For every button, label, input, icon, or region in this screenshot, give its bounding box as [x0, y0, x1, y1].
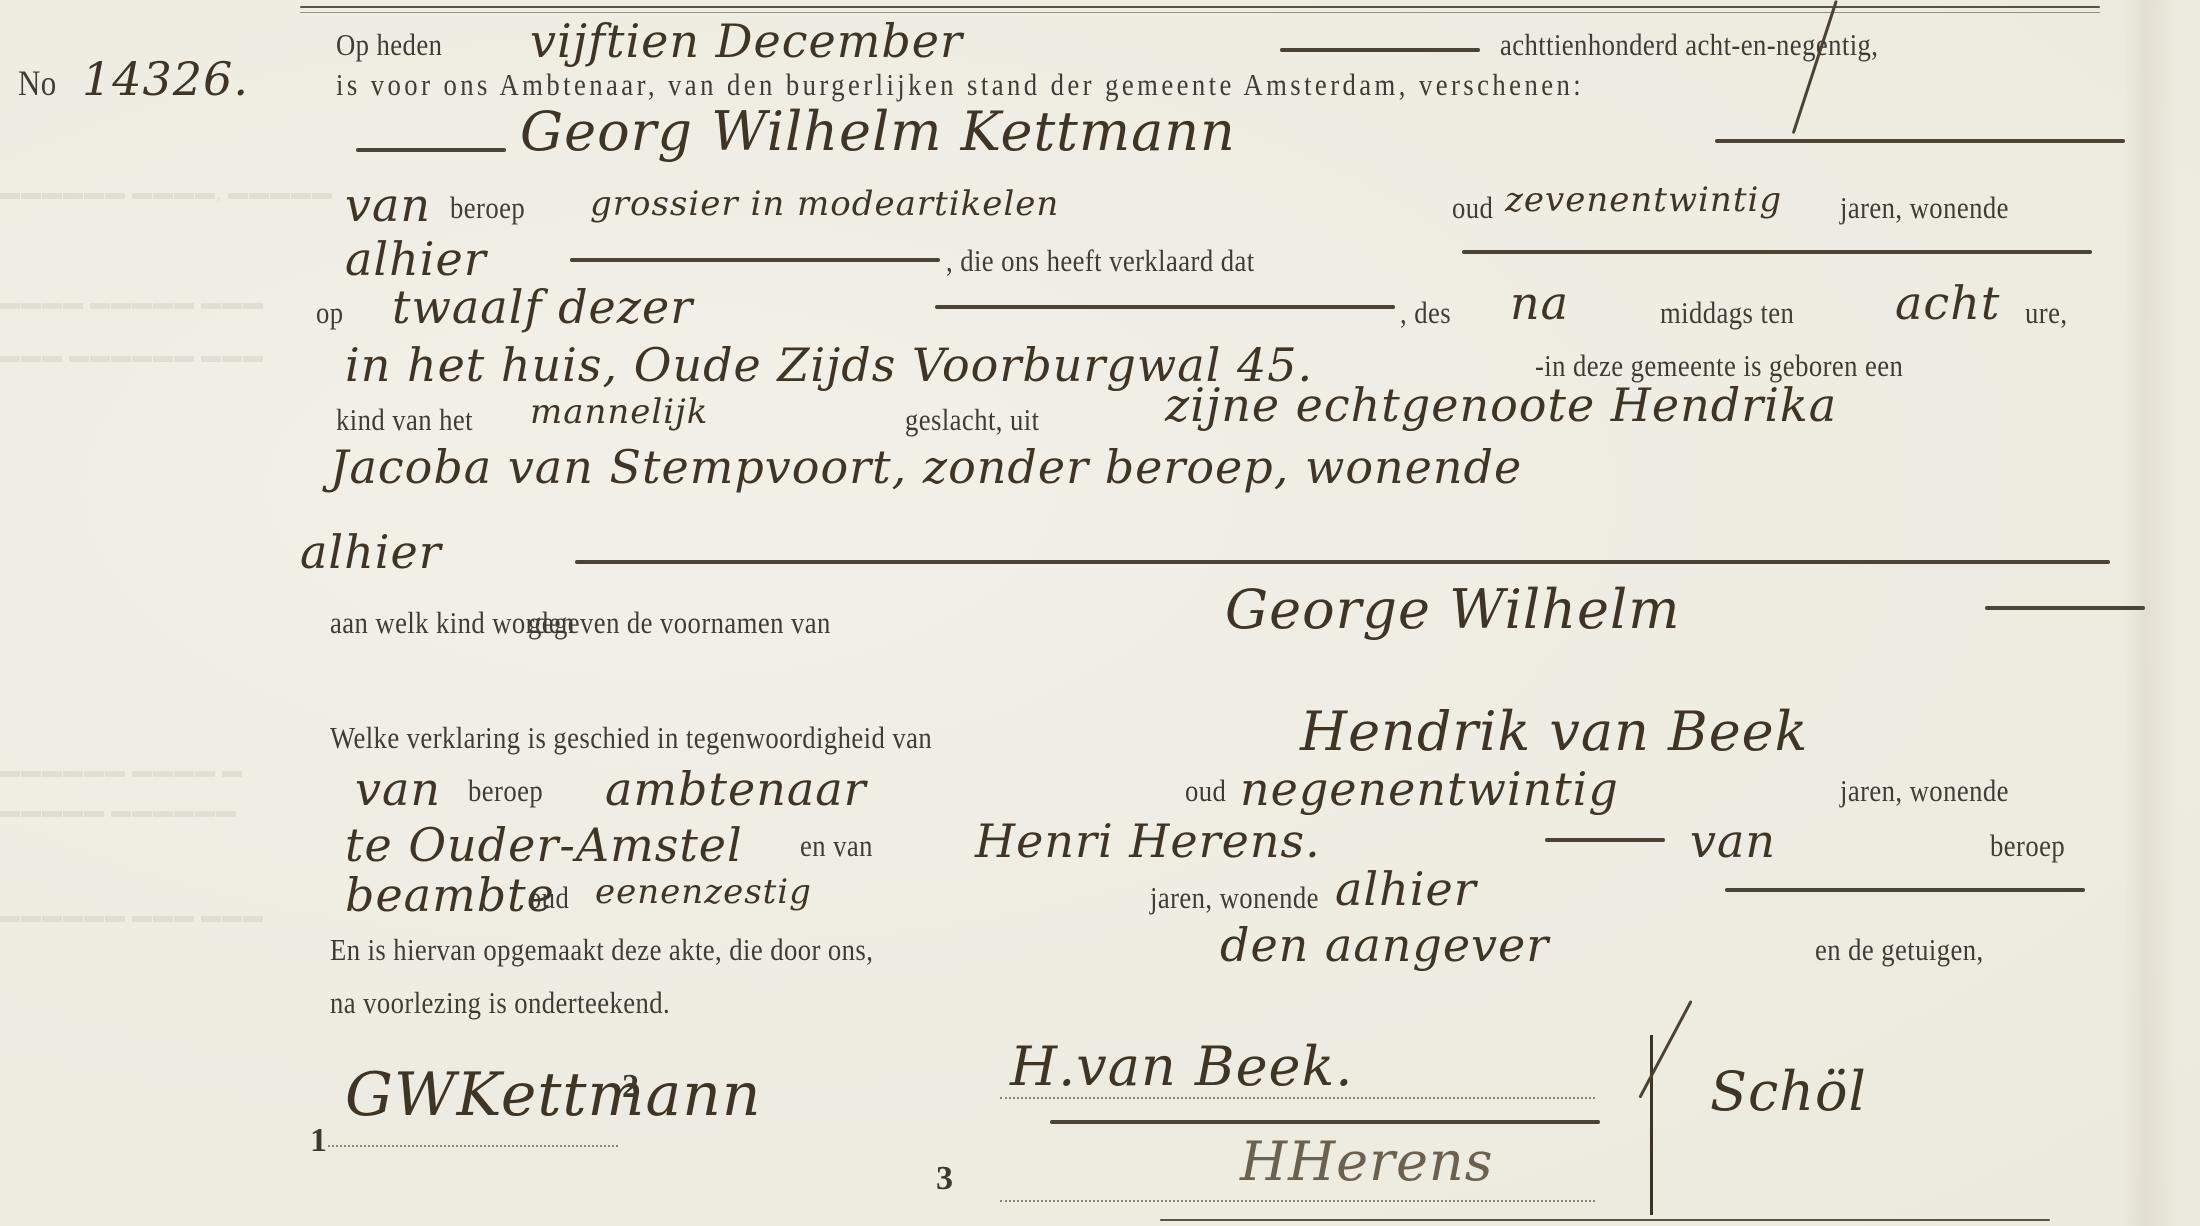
signature-bracket [1650, 1035, 1653, 1215]
print-text: , des [1400, 295, 1451, 331]
handwritten-text: van [355, 762, 441, 816]
fill-rule [1280, 48, 1480, 52]
fill-rule [575, 560, 2110, 564]
handwritten-declarant-occupation: grossier in modeartikelen [590, 184, 1059, 224]
fill-rule [1462, 250, 2092, 254]
print-text: jaren, wonende [1840, 773, 2009, 809]
signature-number-3: 3 [936, 1160, 953, 1198]
signature-witness1: H.van Beek. [1010, 1035, 1353, 1098]
print-text: ure, [2025, 295, 2067, 331]
register-number: 14326. [82, 52, 249, 106]
print-text: geslacht, uit [905, 402, 1039, 438]
print-text: en de getuigen, [1815, 932, 1984, 968]
handwritten-declarant-name: Georg Wilhelm Kettmann [520, 100, 1236, 163]
fill-rule [356, 148, 506, 152]
handwritten-birth-hour: acht [1895, 276, 2000, 330]
handwritten-mother-name: zijne echtgenoote Hendrika [1165, 378, 1837, 432]
handwritten-witness2-residence: alhier [1335, 862, 1477, 916]
signature-divider [1050, 1120, 1600, 1124]
handwritten-birth-day: twaalf dezer [392, 280, 693, 334]
handwritten-child-given-names: George Wilhelm [1225, 578, 1680, 641]
signature-number-1: 1 [310, 1122, 327, 1160]
print-text: en van [800, 828, 873, 864]
handwritten-text: van [1690, 814, 1776, 868]
handwritten-birth-date: vijftien December [530, 14, 963, 68]
print-text: En is hiervan opgemaakt deze akte, die d… [330, 932, 873, 968]
bleed-through-text: ▬▬▬ ▬▬▬▬▬▬ ▬▬▬ [0, 345, 264, 368]
signature-number-2: 2 [622, 1068, 639, 1106]
fill-rule [1985, 606, 2145, 610]
handwritten-witness1-name: Hendrik van Beek [1300, 700, 1808, 763]
print-text: oud [1452, 190, 1493, 226]
print-text: jaren, wonende [1840, 190, 2009, 226]
handwritten-time-of-day: na [1510, 276, 1569, 330]
bleed-through-text: ▬▬▬▬▬▬ ▬▬▬ ▬▬▬ [0, 905, 264, 928]
fill-rule [935, 305, 1395, 309]
register-number-prefix: No [18, 62, 57, 104]
print-text: beroep [468, 773, 543, 809]
handwritten-signer-insert: den aangever [1220, 918, 1549, 972]
handwritten-mother-name-occupation: Jacoba van Stempvoort, zonder beroep, wo… [330, 440, 1522, 494]
bleed-through-text: ▬▬▬▬▬▬ ▬▬▬▬, ▬▬▬▬▬ [0, 182, 333, 205]
fill-rule [1715, 139, 2125, 143]
print-text: , die ons heeft verklaard dat [946, 243, 1255, 279]
fill-rule [1545, 838, 1665, 842]
top-rule [300, 6, 2100, 8]
fill-rule [570, 258, 940, 262]
print-text: jaren, wonende [1150, 880, 1319, 916]
handwritten-witness1-age: negenentwintig [1240, 762, 1619, 816]
signature-registrar: Schöl [1710, 1060, 1867, 1123]
print-text: Op heden [336, 27, 442, 63]
bleed-through-text: ▬▬▬▬ ▬▬▬▬▬ ▬▬▬ [0, 292, 264, 315]
handwritten-declarant-residence: alhier [345, 232, 487, 286]
print-text: op [316, 295, 344, 331]
bleed-through-text: ▬▬▬▬▬▬ ▬▬▬▬ ▬ [0, 760, 243, 783]
print-text: Welke verklaring is geschied in tegenwoo… [330, 720, 932, 756]
handwritten-witness2-name: Henri Herens. [975, 814, 1321, 868]
bleed-through-text: ▬▬▬▬▬ ▬▬▬▬▬▬ [0, 800, 237, 823]
handwritten-witness1-occupation: ambtenaar [605, 762, 867, 816]
handwritten-child-sex: mannelijk [530, 392, 708, 432]
handwritten-witness1-residence: te Ouder-Amstel [345, 818, 743, 872]
handwritten-text: van [345, 178, 431, 232]
fill-rule [1725, 888, 2085, 892]
print-text: na voorlezing is onderteekend. [330, 985, 670, 1021]
handwritten-witness2-age: eenenzestig [595, 872, 812, 912]
signature-line-3 [1000, 1200, 1595, 1202]
signature-witness2: HHerens [1240, 1130, 1493, 1193]
print-text: kind van het [336, 402, 473, 438]
signature-declarant: GWKettmann [345, 1060, 762, 1130]
handwritten-witness2-occupation: beambte [345, 868, 555, 922]
print-text: beroep [1990, 828, 2065, 864]
print-text: oud [1185, 773, 1226, 809]
handwritten-mother-residence: alhier [300, 525, 442, 579]
print-text: is voor ons Ambtenaar, van den burgerlij… [336, 67, 1584, 103]
print-text: middags ten [1660, 295, 1794, 331]
print-text: oud [528, 880, 569, 916]
bottom-rule [1160, 1219, 2050, 1221]
signature-line-1 [328, 1145, 618, 1147]
print-text: beroep [450, 190, 525, 226]
print-text: gegeven de voornamen van [528, 605, 831, 641]
handwritten-declarant-age: zevenentwintig [1505, 180, 1782, 220]
